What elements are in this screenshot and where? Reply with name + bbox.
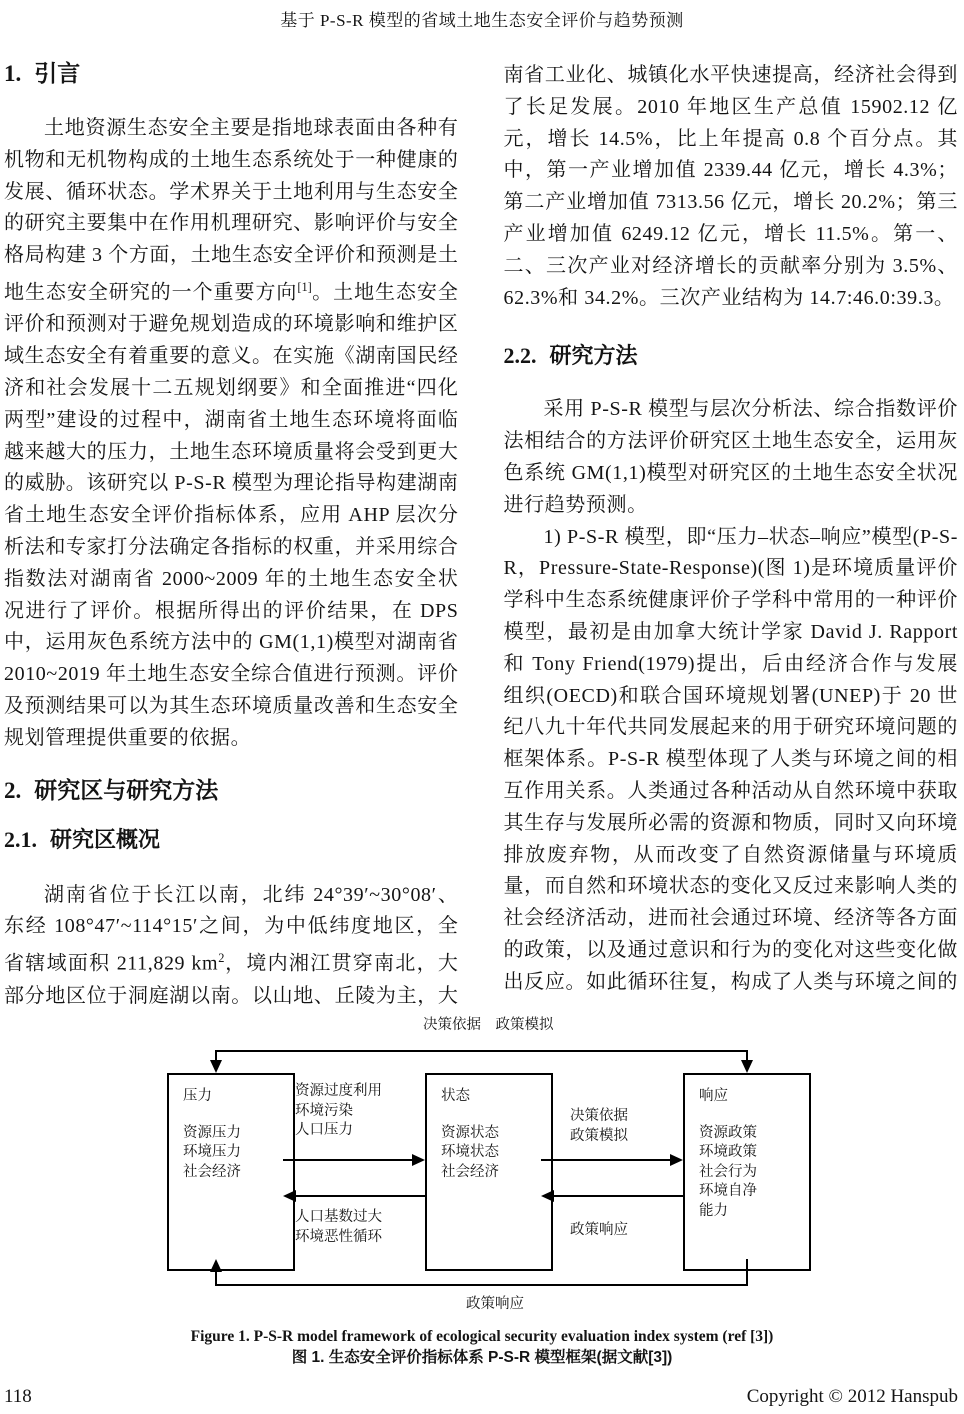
section-number: 1. <box>4 61 21 86</box>
response-to-state-label: 政策响应 <box>570 1221 628 1241</box>
state-box-item: 社会经济 <box>441 1163 551 1183</box>
arrow-up-into-pressure-icon <box>210 1259 222 1272</box>
response-box-item: 环境自净 <box>699 1182 809 1202</box>
running-title: 基于 P-S-R 模型的省域土地生态安全评价与趋势预测 <box>0 0 964 31</box>
figure-caption-english: Figure 1. P-S-R model framework of ecolo… <box>0 1327 964 1347</box>
section-label: 研究区概况 <box>50 827 160 852</box>
pressure-to-state-arrow <box>283 1159 414 1161</box>
pressure-box-item: 社会经济 <box>183 1163 293 1183</box>
state-to-pressure-label: 人口基数过大 环境恶性循环 <box>295 1208 382 1247</box>
copyright-notice: Copyright © 2012 Hanspub <box>747 1386 958 1408</box>
right-column: 南省工业化、城镇化水平快速提高，经济社会得到了长足发展。2010 年地区生产总值… <box>504 58 959 1008</box>
section-number: 2.2. <box>504 343 537 368</box>
figure-caption: Figure 1. P-S-R model framework of ecolo… <box>0 1327 964 1369</box>
economy-paragraph: 南省工业化、城镇化水平快速提高，经济社会得到了长足发展。2010 年地区生产总值… <box>504 60 959 314</box>
response-to-state-arrow <box>552 1195 683 1197</box>
pressure-box: 压力 资源压力 环境压力 社会经济 <box>167 1073 295 1271</box>
arrow-left-icon <box>283 1190 296 1202</box>
state-box-item: 环境状态 <box>441 1143 551 1163</box>
section-label: 引言 <box>34 60 80 86</box>
methods-paragraph: 采用 P-S-R 模型与层次分析法、综合指数评价法相结合的方法评价研究区土地生态… <box>504 394 959 521</box>
state-to-pressure-arrow <box>294 1195 425 1197</box>
bottom-loop-line <box>215 1284 748 1286</box>
section-label: 研究方法 <box>550 343 638 368</box>
pressure-box-title: 压力 <box>183 1087 293 1107</box>
state-box: 状态 资源状态 环境状态 社会经济 <box>425 1073 553 1271</box>
section-number: 2.1. <box>4 827 37 852</box>
response-box-title: 响应 <box>699 1087 809 1107</box>
response-box-item: 资源政策 <box>699 1124 809 1144</box>
subsection-heading-methods: 2.2.研究方法 <box>504 342 959 370</box>
pressure-box-item: 资源压力 <box>183 1124 293 1144</box>
figure-caption-chinese: 图 1. 生态安全评价指标体系 P-S-R 模型框架(据文献[3]) <box>0 1347 964 1369</box>
psr-model-paragraph: 1) P-S-R 模型，即“压力–状态–响应”模型(P-S-R，Pressure… <box>504 522 959 1008</box>
policy-response-bottom-label: 政策响应 <box>466 1295 524 1315</box>
response-box-item: 社会行为 <box>699 1163 809 1183</box>
section-number: 2. <box>4 778 21 803</box>
arrow-down-into-pressure-icon <box>210 1060 222 1073</box>
response-box-item: 环境政策 <box>699 1143 809 1163</box>
arrow-down-into-response-icon <box>741 1060 753 1073</box>
two-column-body: 1.引言 土地资源生态安全主要是指地球表面由各种有机物和无机物构成的土地生态系统… <box>0 58 964 1008</box>
arrow-right-icon <box>412 1154 425 1166</box>
section-heading-study-area: 2.研究区与研究方法 <box>4 775 459 806</box>
diagram-top-label: 决策依据 政策模拟 <box>423 1016 554 1036</box>
subsection-heading-overview: 2.1.研究区概况 <box>4 826 459 854</box>
pressure-to-state-label: 资源过度利用 环境污染 人口压力 <box>295 1082 382 1141</box>
study-area-paragraph: 湖南省位于长江以南，北纬 24°39′~30°08′、东经 108°47′~11… <box>4 880 459 1008</box>
state-to-response-label: 决策依据 政策模拟 <box>570 1107 628 1146</box>
page-footer: 118 Copyright © 2012 Hanspub <box>0 1386 964 1408</box>
bottom-loop-left-rise <box>215 1270 217 1284</box>
response-box-item: 能力 <box>699 1202 809 1222</box>
intro-paragraph: 土地资源生态安全主要是指地球表面由各种有机物和无机物构成的土地生态系统处于一种健… <box>4 113 459 755</box>
arrow-right-icon <box>670 1154 683 1166</box>
state-box-title: 状态 <box>441 1087 551 1107</box>
left-column: 1.引言 土地资源生态安全主要是指地球表面由各种有机物和无机物构成的土地生态系统… <box>4 58 459 1008</box>
section-heading-introduction: 1.引言 <box>4 58 459 89</box>
section-label: 研究区与研究方法 <box>34 777 218 803</box>
bottom-loop-right-drop <box>746 1259 748 1284</box>
arrow-left-icon <box>541 1190 554 1202</box>
page-number: 118 <box>4 1386 32 1408</box>
response-box: 响应 资源政策 环境政策 社会行为 环境自净 能力 <box>683 1073 811 1271</box>
psr-diagram: 决策依据 政策模拟 压力 资源压力 环境压力 社会经济 状态 资源状态 环境状态… <box>0 1013 964 1319</box>
paper-page: { "header": { "title": "基于 P-S-R 模型的省域土地… <box>0 0 964 1414</box>
state-box-item: 资源状态 <box>441 1124 551 1144</box>
state-to-response-arrow <box>541 1159 672 1161</box>
top-connector-line <box>215 1050 748 1052</box>
pressure-box-item: 环境压力 <box>183 1143 293 1163</box>
